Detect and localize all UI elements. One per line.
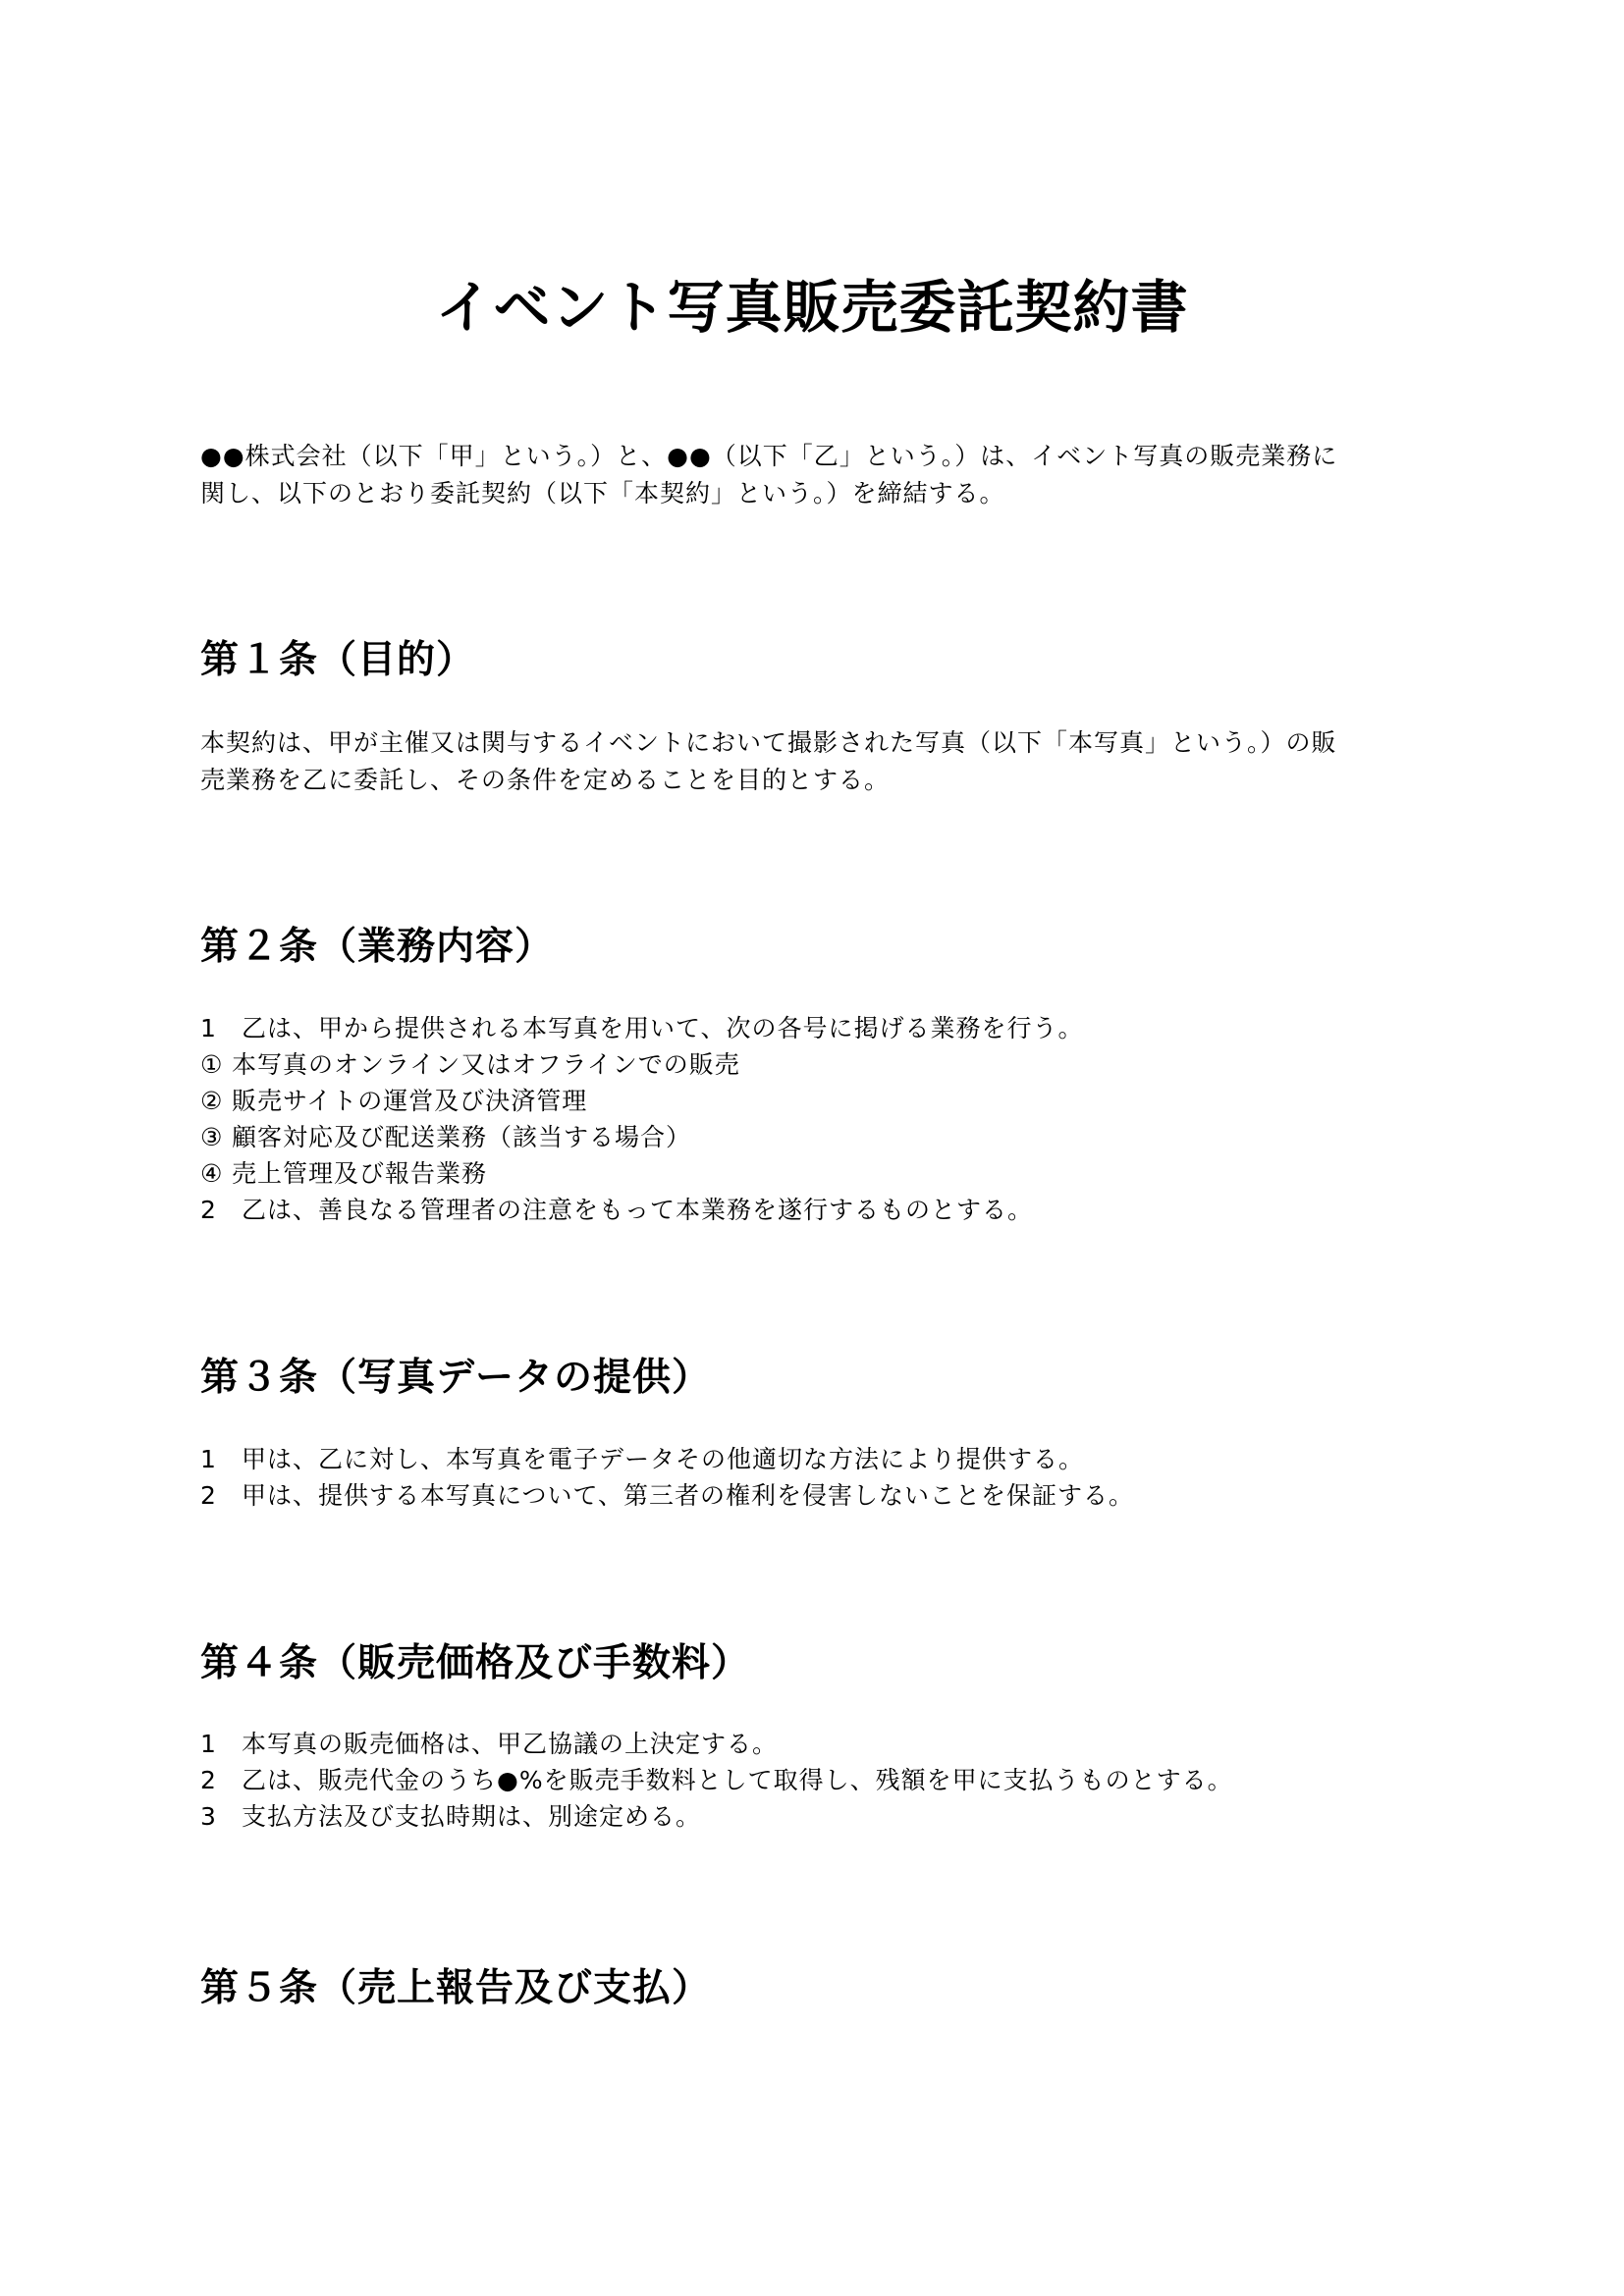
list-item: 3支払方法及び支払時期は、別途定める。 xyxy=(200,1798,1233,1835)
item-number: ② xyxy=(200,1083,232,1119)
item-number: 2 xyxy=(200,1762,242,1798)
item-text: 乙は、甲から提供される本写真を用いて、次の各号に掲げる業務を行う。 xyxy=(242,1014,1084,1042)
list-item: 2甲は、提供する本写真について、第三者の権利を侵害しないことを保証する。 xyxy=(200,1477,1134,1514)
document-title: イベント写真販売委託契約書 xyxy=(0,263,1624,351)
article-4-list: 1本写真の販売価格は、甲乙協議の上決定する。 2乙は、販売代金のうち●%を販売手… xyxy=(200,1726,1233,1835)
item-text: 支払方法及び支払時期は、別途定める。 xyxy=(242,1802,701,1831)
item-text: 顧客対応及び配送業務（該当する場合） xyxy=(232,1123,691,1151)
item-text: 乙は、販売代金のうち●%を販売手数料として取得し、残額を甲に支払うものとする。 xyxy=(242,1766,1233,1794)
article-1-body: 本契約は、甲が主催又は関与するイベントにおいて撮影された写真（以下「本写真」とい… xyxy=(200,724,1437,799)
article-3-list: 1甲は、乙に対し、本写真を電子データその他適切な方法により提供する。 2甲は、提… xyxy=(200,1441,1134,1514)
article-3-heading: 第３条（写真データの提供） xyxy=(200,1349,711,1408)
item-text: 売上管理及び報告業務 xyxy=(232,1159,487,1188)
item-number: ① xyxy=(200,1046,232,1083)
list-item: ①本写真のオンライン又はオフラインでの販売 xyxy=(200,1046,1084,1083)
list-item: ②販売サイトの運営及び決済管理 xyxy=(200,1083,1084,1119)
article-4-heading: 第４条（販売価格及び手数料） xyxy=(200,1634,750,1693)
preamble: ●●株式会社（以下「甲」という。）と、●●（以下「乙」という。）は、イベント写真… xyxy=(200,438,1437,512)
document-page: イベント写真販売委託契約書 ●●株式会社（以下「甲」という。）と、●●（以下「乙… xyxy=(0,0,1624,2296)
item-number: ③ xyxy=(200,1119,232,1155)
item-number: 1 xyxy=(200,1441,242,1477)
list-item: 1甲は、乙に対し、本写真を電子データその他適切な方法により提供する。 xyxy=(200,1441,1134,1477)
item-text: 本写真の販売価格は、甲乙協議の上決定する。 xyxy=(242,1730,778,1758)
body-line: 本契約は、甲が主催又は関与するイベントにおいて撮影された写真（以下「本写真」とい… xyxy=(200,724,1437,762)
item-number: 1 xyxy=(200,1010,242,1046)
item-number: 1 xyxy=(200,1726,242,1762)
item-text: 販売サイトの運営及び決済管理 xyxy=(232,1087,587,1115)
item-number: 3 xyxy=(200,1798,242,1835)
item-text: 本写真のオンライン又はオフラインでの販売 xyxy=(232,1050,740,1079)
list-item: 2乙は、善良なる管理者の注意をもって本業務を遂行するものとする。 xyxy=(200,1192,1084,1228)
item-number: 2 xyxy=(200,1192,242,1228)
list-item: 2乙は、販売代金のうち●%を販売手数料として取得し、残額を甲に支払うものとする。 xyxy=(200,1762,1233,1798)
article-5-heading: 第５条（売上報告及び支払） xyxy=(200,1959,711,2018)
item-text: 甲は、乙に対し、本写真を電子データその他適切な方法により提供する。 xyxy=(242,1445,1084,1473)
list-item: 1本写真の販売価格は、甲乙協議の上決定する。 xyxy=(200,1726,1233,1762)
list-item: 1乙は、甲から提供される本写真を用いて、次の各号に掲げる業務を行う。 xyxy=(200,1010,1084,1046)
item-text: 乙は、善良なる管理者の注意をもって本業務を遂行するものとする。 xyxy=(242,1196,1033,1224)
item-number: ④ xyxy=(200,1155,232,1192)
list-item: ④売上管理及び報告業務 xyxy=(200,1155,1084,1192)
article-2-list: 1乙は、甲から提供される本写真を用いて、次の各号に掲げる業務を行う。 ①本写真の… xyxy=(200,1010,1084,1228)
preamble-line: ●●株式会社（以下「甲」という。）と、●●（以下「乙」という。）は、イベント写真… xyxy=(200,438,1437,475)
item-text: 甲は、提供する本写真について、第三者の権利を侵害しないことを保証する。 xyxy=(242,1481,1134,1510)
article-1-heading: 第１条（目的） xyxy=(200,631,475,690)
item-number: 2 xyxy=(200,1477,242,1514)
body-line: 売業務を乙に委託し、その条件を定めることを目的とする。 xyxy=(200,762,1437,799)
list-item: ③顧客対応及び配送業務（該当する場合） xyxy=(200,1119,1084,1155)
preamble-line: 関し、以下のとおり委託契約（以下「本契約」という。）を締結する。 xyxy=(200,475,1437,512)
article-2-heading: 第２条（業務内容） xyxy=(200,918,554,977)
